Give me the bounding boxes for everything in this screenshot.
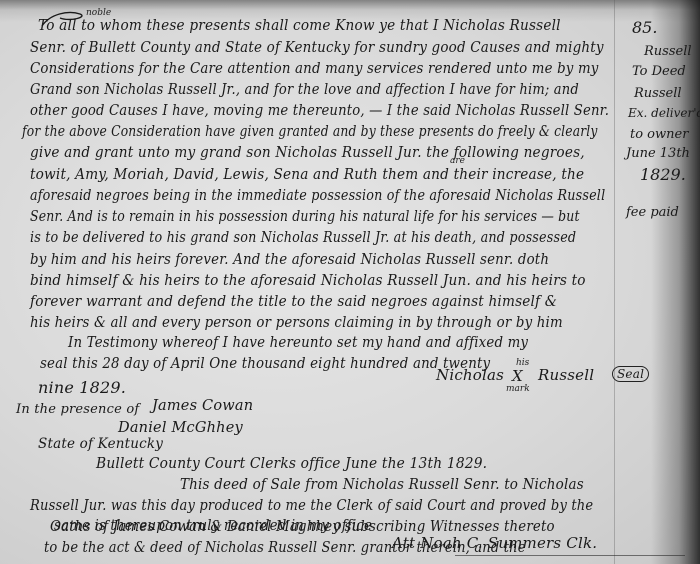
margin-note: to owner [630,127,688,142]
certificate-line: Russell Jur. was this day produced to me… [30,498,593,514]
signature-last-name: Russell [538,366,594,384]
deed-line: Grand son Nicholas Russell Jr., and for … [30,82,579,98]
deed-line: Considerations for the Care attention an… [30,61,599,77]
deed-line: towit, Amy, Moriah, David, Lewis, Sena a… [30,167,584,183]
signature-mark-label: mark [506,384,530,394]
certificate-office-line: Bullett County Court Clerks office June … [96,456,487,472]
signature-first-name: Nicholas [436,366,504,384]
seal-mark: Seal [612,366,649,382]
deed-line: for the above Consideration have given g… [22,124,598,140]
deed-line: Senr. of Bullett County and State of Ken… [30,40,604,56]
interlineation-are: are [450,156,465,166]
deed-line: aforesaid negroes being in the immediate… [30,188,605,204]
margin-note: 1829. [640,165,686,184]
deed-line: is to be delivered to his grand son Nich… [30,230,576,246]
margin-note: June 13th [626,146,690,161]
interlineation-noble: noble [86,8,111,18]
margin-note-fee: fee paid [626,205,679,220]
witness-name: James Cowan [152,398,253,414]
witness-label: In the presence of [16,402,139,417]
certificate-line-final: same is thereupon truly recorded in my o… [54,518,372,534]
deed-line: Senr. And is to remain in his possession… [30,209,580,225]
deed-line: his heirs & all and every person or pers… [30,315,563,331]
margin-note: Russell [634,86,682,101]
deed-line: other good Causes I have, moving me ther… [30,103,609,119]
deed-line: forever warrant and defend the title to … [30,294,557,310]
clerk-attestation: Att Noah C. Summers Clk. [392,534,597,552]
deed-line: bind himself & his heirs to the aforesai… [30,273,586,289]
bottom-rule [455,555,685,556]
margin-note: To Deed [632,64,686,79]
deed-line-year: nine 1829. [38,378,126,397]
witness-name: Daniel McGhhey [118,420,243,436]
deed-page-scan: noble To all to whom these presents shal… [0,0,700,564]
margin-note: Russell [644,44,692,59]
deed-line: To all to whom these presents shall come… [38,18,561,34]
margin-rule [614,0,615,564]
margin-note: Ex. deliver'd [628,106,700,120]
deed-line: give and grant unto my grand son Nichola… [30,145,585,161]
deed-line-testimony: In Testimony whereof I have hereunto set… [68,335,528,351]
deed-line: by him and his heirs forever. And the af… [30,252,549,268]
certificate-state: State of Kentucky [38,436,163,452]
certificate-line: This deed of Sale from Nicholas Russell … [180,477,584,493]
margin-note-number: 85. [632,18,657,37]
deed-line-date: seal this 28 day of April One thousand e… [40,356,490,372]
signature-mark-x-icon: X [512,367,523,385]
